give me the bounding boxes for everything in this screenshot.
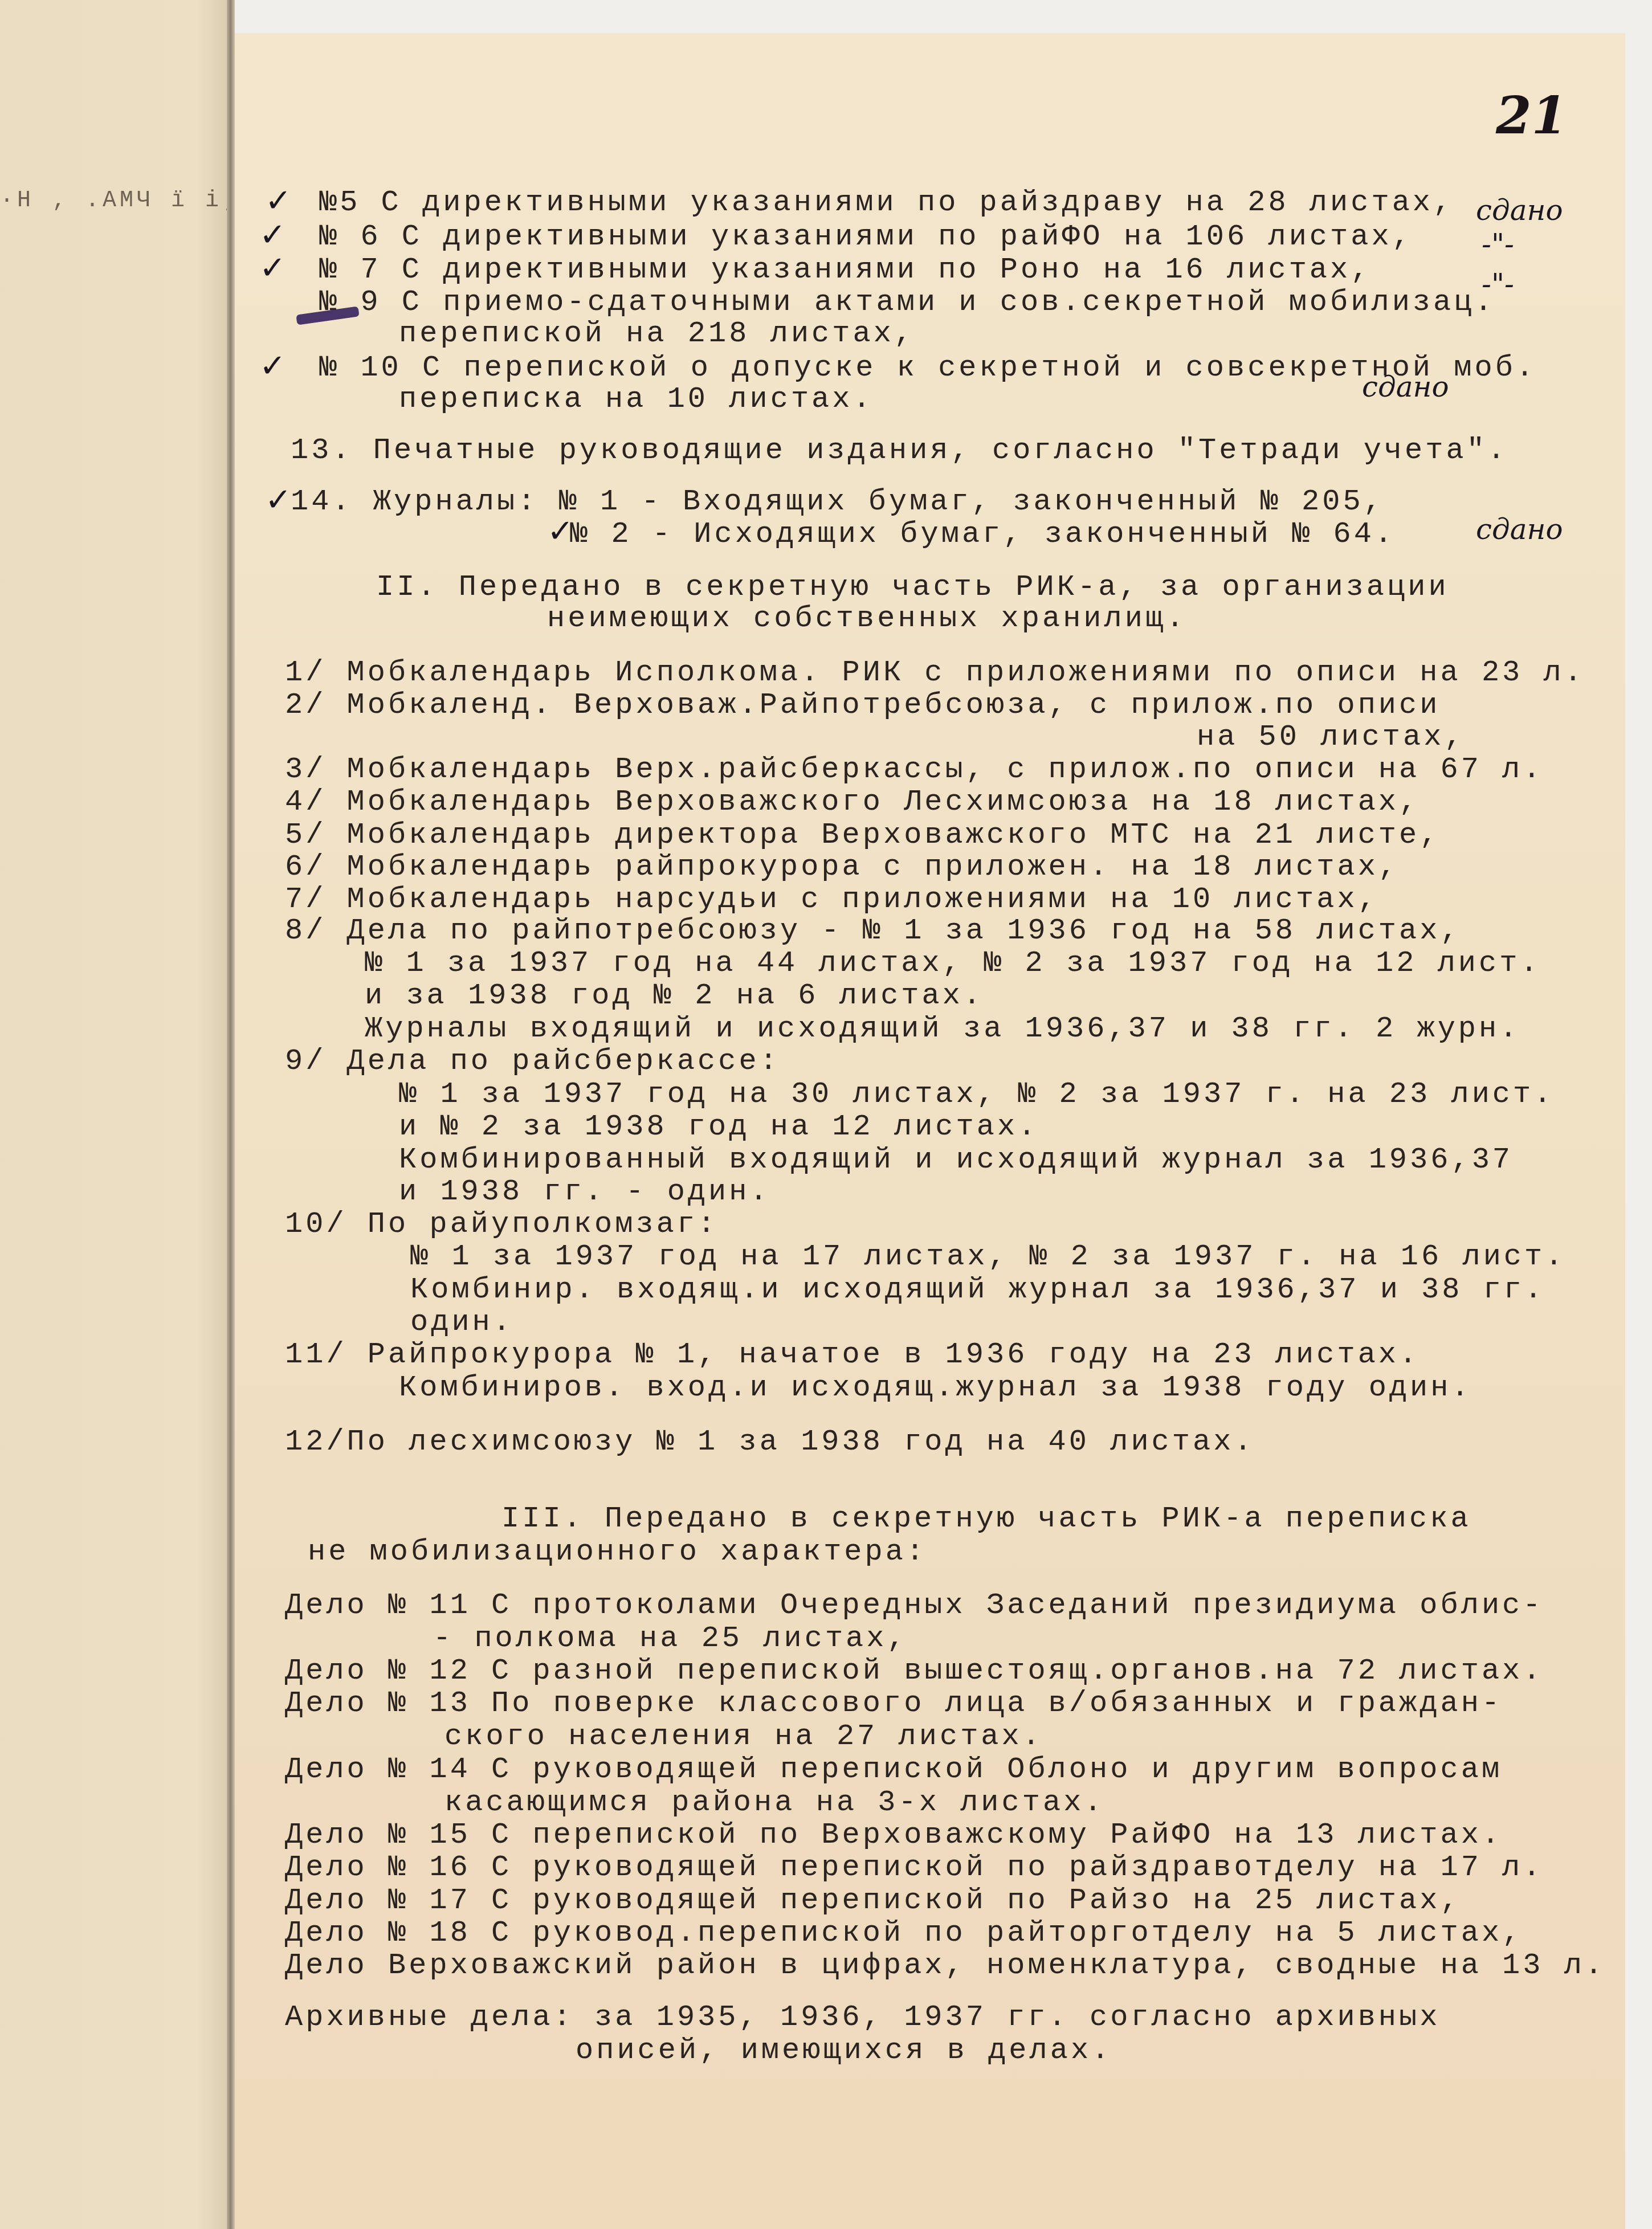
typed-line: касающимся района на 3-х листах. [444, 1788, 1105, 1818]
typed-line: Дело № 12 С разной перепиской вышестоящ.… [285, 1656, 1544, 1686]
typed-line: № 6 С директивными указаниями по райФО н… [319, 222, 1413, 252]
typed-line: № 1 за 1937 год на 30 листах, № 2 за 193… [399, 1080, 1554, 1109]
typed-line: 14. Журналы: № 1 - Входящих бумаг, закон… [291, 487, 1384, 517]
handwritten-note: сдано [1476, 513, 1563, 546]
check-mark-icon: ✓ [259, 217, 286, 254]
left-page-bleed-text: ·Н ‚ .АМЧ ї і‚і [0, 188, 256, 214]
typed-line: и за 1938 год № 2 на 6 листах. [365, 981, 984, 1011]
typed-line: и № 2 за 1938 год на 12 листах. [399, 1112, 1038, 1142]
left-facing-page: ·Н ‚ .АМЧ ї і‚і [0, 0, 231, 2229]
typed-line: № 1 за 1937 год на 44 листах, № 2 за 193… [365, 949, 1541, 978]
typed-line: 1/ Мобкалендарь Исполкома. РИК с приложе… [285, 658, 1585, 688]
handwritten-note: сдано [1476, 194, 1563, 227]
check-mark-icon: ✓ [547, 513, 574, 550]
typed-line: 10/ По райуполкомзаг: [285, 1210, 718, 1239]
typed-line: № 10 С перепиской о допуске к секретной … [319, 353, 1536, 383]
typed-line: 7/ Мобкалендарь нарсудьи с приложениями … [285, 885, 1378, 915]
typed-line: Архивные дела: за 1935, 1936, 1937 гг. с… [285, 2003, 1440, 2032]
typed-line: №5 С директивными указаниями по райздрав… [319, 188, 1454, 218]
typed-line: Дело № 16 С руководящей перепиской по ра… [285, 1853, 1544, 1883]
typed-line: Дело № 14 С руководящей перепиской Облон… [285, 1755, 1502, 1785]
typed-line: Дело Верховажский район в цифрах, номенк… [285, 1951, 1605, 1981]
typed-line: 3/ Мобкалендарь Верх.райсберкассы, с при… [285, 755, 1544, 785]
typed-line: не мобилизационного характера: [308, 1537, 927, 1567]
typed-line: на 50 листах, [1197, 722, 1465, 752]
typed-line: № 1 за 1937 год на 17 листах, № 2 за 193… [410, 1242, 1565, 1272]
typed-line: Дело № 17 С руководящей перепиской по Ра… [285, 1886, 1461, 1916]
typed-line: 2/ Мобкаленд. Верховаж.Райпотребсоюза, с… [285, 691, 1440, 720]
typed-line: 6/ Мобкалендарь райпрокурора с приложен.… [285, 852, 1399, 882]
typed-line: переписка на 10 листах. [399, 385, 874, 414]
typed-line: ского населения на 27 листах. [444, 1722, 1043, 1752]
typed-line: и 1938 гг. - один. [399, 1177, 770, 1207]
handwritten-note: -"- [1482, 268, 1514, 301]
page-number: 21 [1496, 85, 1567, 146]
typed-line: Комбинированный входящий и исходящий жур… [399, 1145, 1513, 1175]
typed-line: Дело № 15 С перепиской по Верховажскому … [285, 1820, 1502, 1850]
background-right [1624, 0, 1652, 2229]
typed-line: 11/ Райпрокурора № 1, начатое в 1936 год… [285, 1340, 1420, 1370]
typed-line: Дело № 18 С руковод.перепиской по райтор… [285, 1918, 1523, 1948]
handwritten-note: сдано [1362, 370, 1449, 403]
typed-line: 12/По лесхимсоюзу № 1 за 1938 год на 40 … [285, 1427, 1255, 1457]
typed-line: Комбинир. входящ.и исходящий журнал за 1… [410, 1275, 1545, 1305]
typed-line: № 7 С директивными указаниями по Роно на… [319, 255, 1371, 285]
typed-line: № 9 С приемо-сдаточными актами и сов.сек… [319, 288, 1495, 317]
typed-line: 13. Печатные руководящие издания, соглас… [291, 436, 1508, 466]
typed-line: 9/ Дела по райсберкассе: [285, 1047, 780, 1076]
typed-line: III. Передано в секретную часть РИК-а пе… [501, 1504, 1471, 1534]
check-mark-icon: ✓ [265, 182, 292, 219]
background-top [235, 0, 1652, 33]
typed-line: Дело № 13 По поверке классового лица в/о… [285, 1689, 1502, 1718]
check-mark-icon: ✓ [259, 348, 286, 385]
typed-line: II. Передано в секретную часть РИК-а, за… [376, 573, 1449, 602]
typed-line: 8/ Дела по райпотребсоюзу - № 1 за 1936 … [285, 916, 1461, 946]
typed-line: перепиской на 218 листах, [399, 319, 915, 349]
typed-line: один. [410, 1308, 513, 1337]
typed-line: Журналы входящий и исходящий за 1936,37 … [365, 1014, 1520, 1044]
typed-line: 5/ Мобкалендарь директора Верховажского … [285, 820, 1440, 850]
check-mark-icon: ✓ [265, 481, 292, 519]
typed-line: Дело № 11 С протоколами Очередных Заседа… [285, 1591, 1544, 1620]
check-mark-icon: ✓ [259, 250, 286, 287]
typed-line: описей, имеющихся в делах. [576, 2036, 1112, 2065]
typed-line: - полкома на 25 листах, [433, 1624, 908, 1654]
typed-line: Комбиниров. вход.и исходящ.журнал за 193… [399, 1373, 1472, 1403]
book-gutter [227, 0, 235, 2229]
typed-line: неимеющих собственных хранилищ. [547, 604, 1186, 634]
typed-line: 4/ Мобкалендарь Верховажского Лесхимсоюз… [285, 787, 1420, 817]
handwritten-note: -"- [1482, 228, 1514, 261]
typed-line: № 2 - Исходящих бумаг, законченный № 64. [570, 520, 1395, 549]
